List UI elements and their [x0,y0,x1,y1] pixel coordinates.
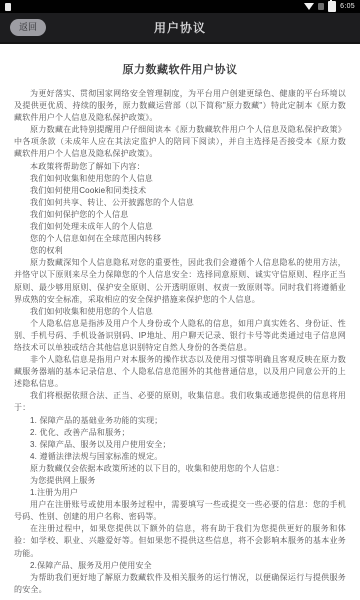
document-paragraph: 个人隐私信息是指涉及用户个人身份或个人隐私的信息，如用户真实姓名、身份证、性别、… [14,318,346,354]
document-paragraph: 原力数藏深知个人信息隐私对您的重要性，因此我们会遵循个人信息隐私的使用方法，并恪… [14,257,346,305]
document-paragraph: 3. 保障产品、服务以及用户使用安全； [14,439,346,451]
document-body: 为更好落实、贯彻国家网络安全管理制度，为平台用户创建更绿色、健康的平台环境以及提… [14,88,346,596]
wifi-icon [304,3,314,10]
notification-icon [5,3,11,11]
document-paragraph: 2. 优化、改善产品和服务； [14,427,346,439]
document-paragraph: 我们将根据依照合法、正当、必要的原则，收集信息。我们收集或通您提供的信息将用于： [14,390,346,414]
document-title: 原力数藏软件用户协议 [14,61,346,77]
sim-icon [318,3,324,10]
document-paragraph: 我们如何收集和使用您的个人信息 [14,306,346,318]
status-time: 6:05 [340,3,355,10]
document-paragraph: 为帮助我们更好地了解原力数藏软件及相关服务的运行情况，以便确保运行与提供服务的安… [14,572,346,596]
status-bar: 6:05 [0,0,360,13]
document-paragraph: 我们如何共享、转让、公开披露您的个人信息 [14,197,346,209]
document-paragraph: 用户在注册账号或使用本服务过程中，需要填写一些或提交一些必要的信息：您的手机号码… [14,499,346,523]
document-paragraph: 原力数藏仅会依据本政策所述的以下目的，收集和使用您的个人信息： [14,463,346,475]
document-paragraph: 我们如何处理未成年人的个人信息 [14,221,346,233]
document-paragraph: 原力数藏在此特别提醒用户仔细阅读本《原力数藏软件用户个人信息及隐私保护政策》中各… [14,124,346,160]
document-paragraph: 为更好落实、贯彻国家网络安全管理制度，为平台用户创建更绿色、健康的平台环境以及提… [14,88,346,124]
document-paragraph: 您的个人信息如何在全球范围内转移 [14,233,346,245]
agreement-scroll-area[interactable]: 原力数藏软件用户协议 为更好落实、贯彻国家网络安全管理制度，为平台用户创建更绿色… [0,44,360,600]
document-paragraph: 我们如何保护您的个人信息 [14,209,346,221]
battery-icon [328,1,336,12]
document-paragraph: 在注册过程中，如果您提供以下额外的信息，将有助于我们为您提供更好的服务和体验：如… [14,523,346,559]
page-title: 用户协议 [0,19,360,36]
back-button[interactable]: 返回 [10,19,46,36]
document-paragraph: 您的权利 [14,245,346,257]
document-paragraph: 1.注册为用户 [14,487,346,499]
app-bar: 用户协议 返回 [0,13,360,44]
document-paragraph: 4. 遵循法律法规与国家标准的规定。 [14,451,346,463]
document-paragraph: 2.保障产品、服务及用户使用安全 [14,560,346,572]
document-paragraph: 1. 保障产品的基础业务功能的实现； [14,415,346,427]
document-paragraph: 我们如何使用Cookie和同类技术 [14,185,346,197]
document-paragraph: 非个人隐私信息是指用户对本服务的操作状态以及使用习惯等明确且客观反映在原力数藏服… [14,354,346,390]
document-paragraph: 本政策将帮助您了解如下内容： [14,161,346,173]
document-paragraph: 我们如何收集和使用您的个人信息 [14,173,346,185]
document-paragraph: 为您提供网上服务 [14,475,346,487]
